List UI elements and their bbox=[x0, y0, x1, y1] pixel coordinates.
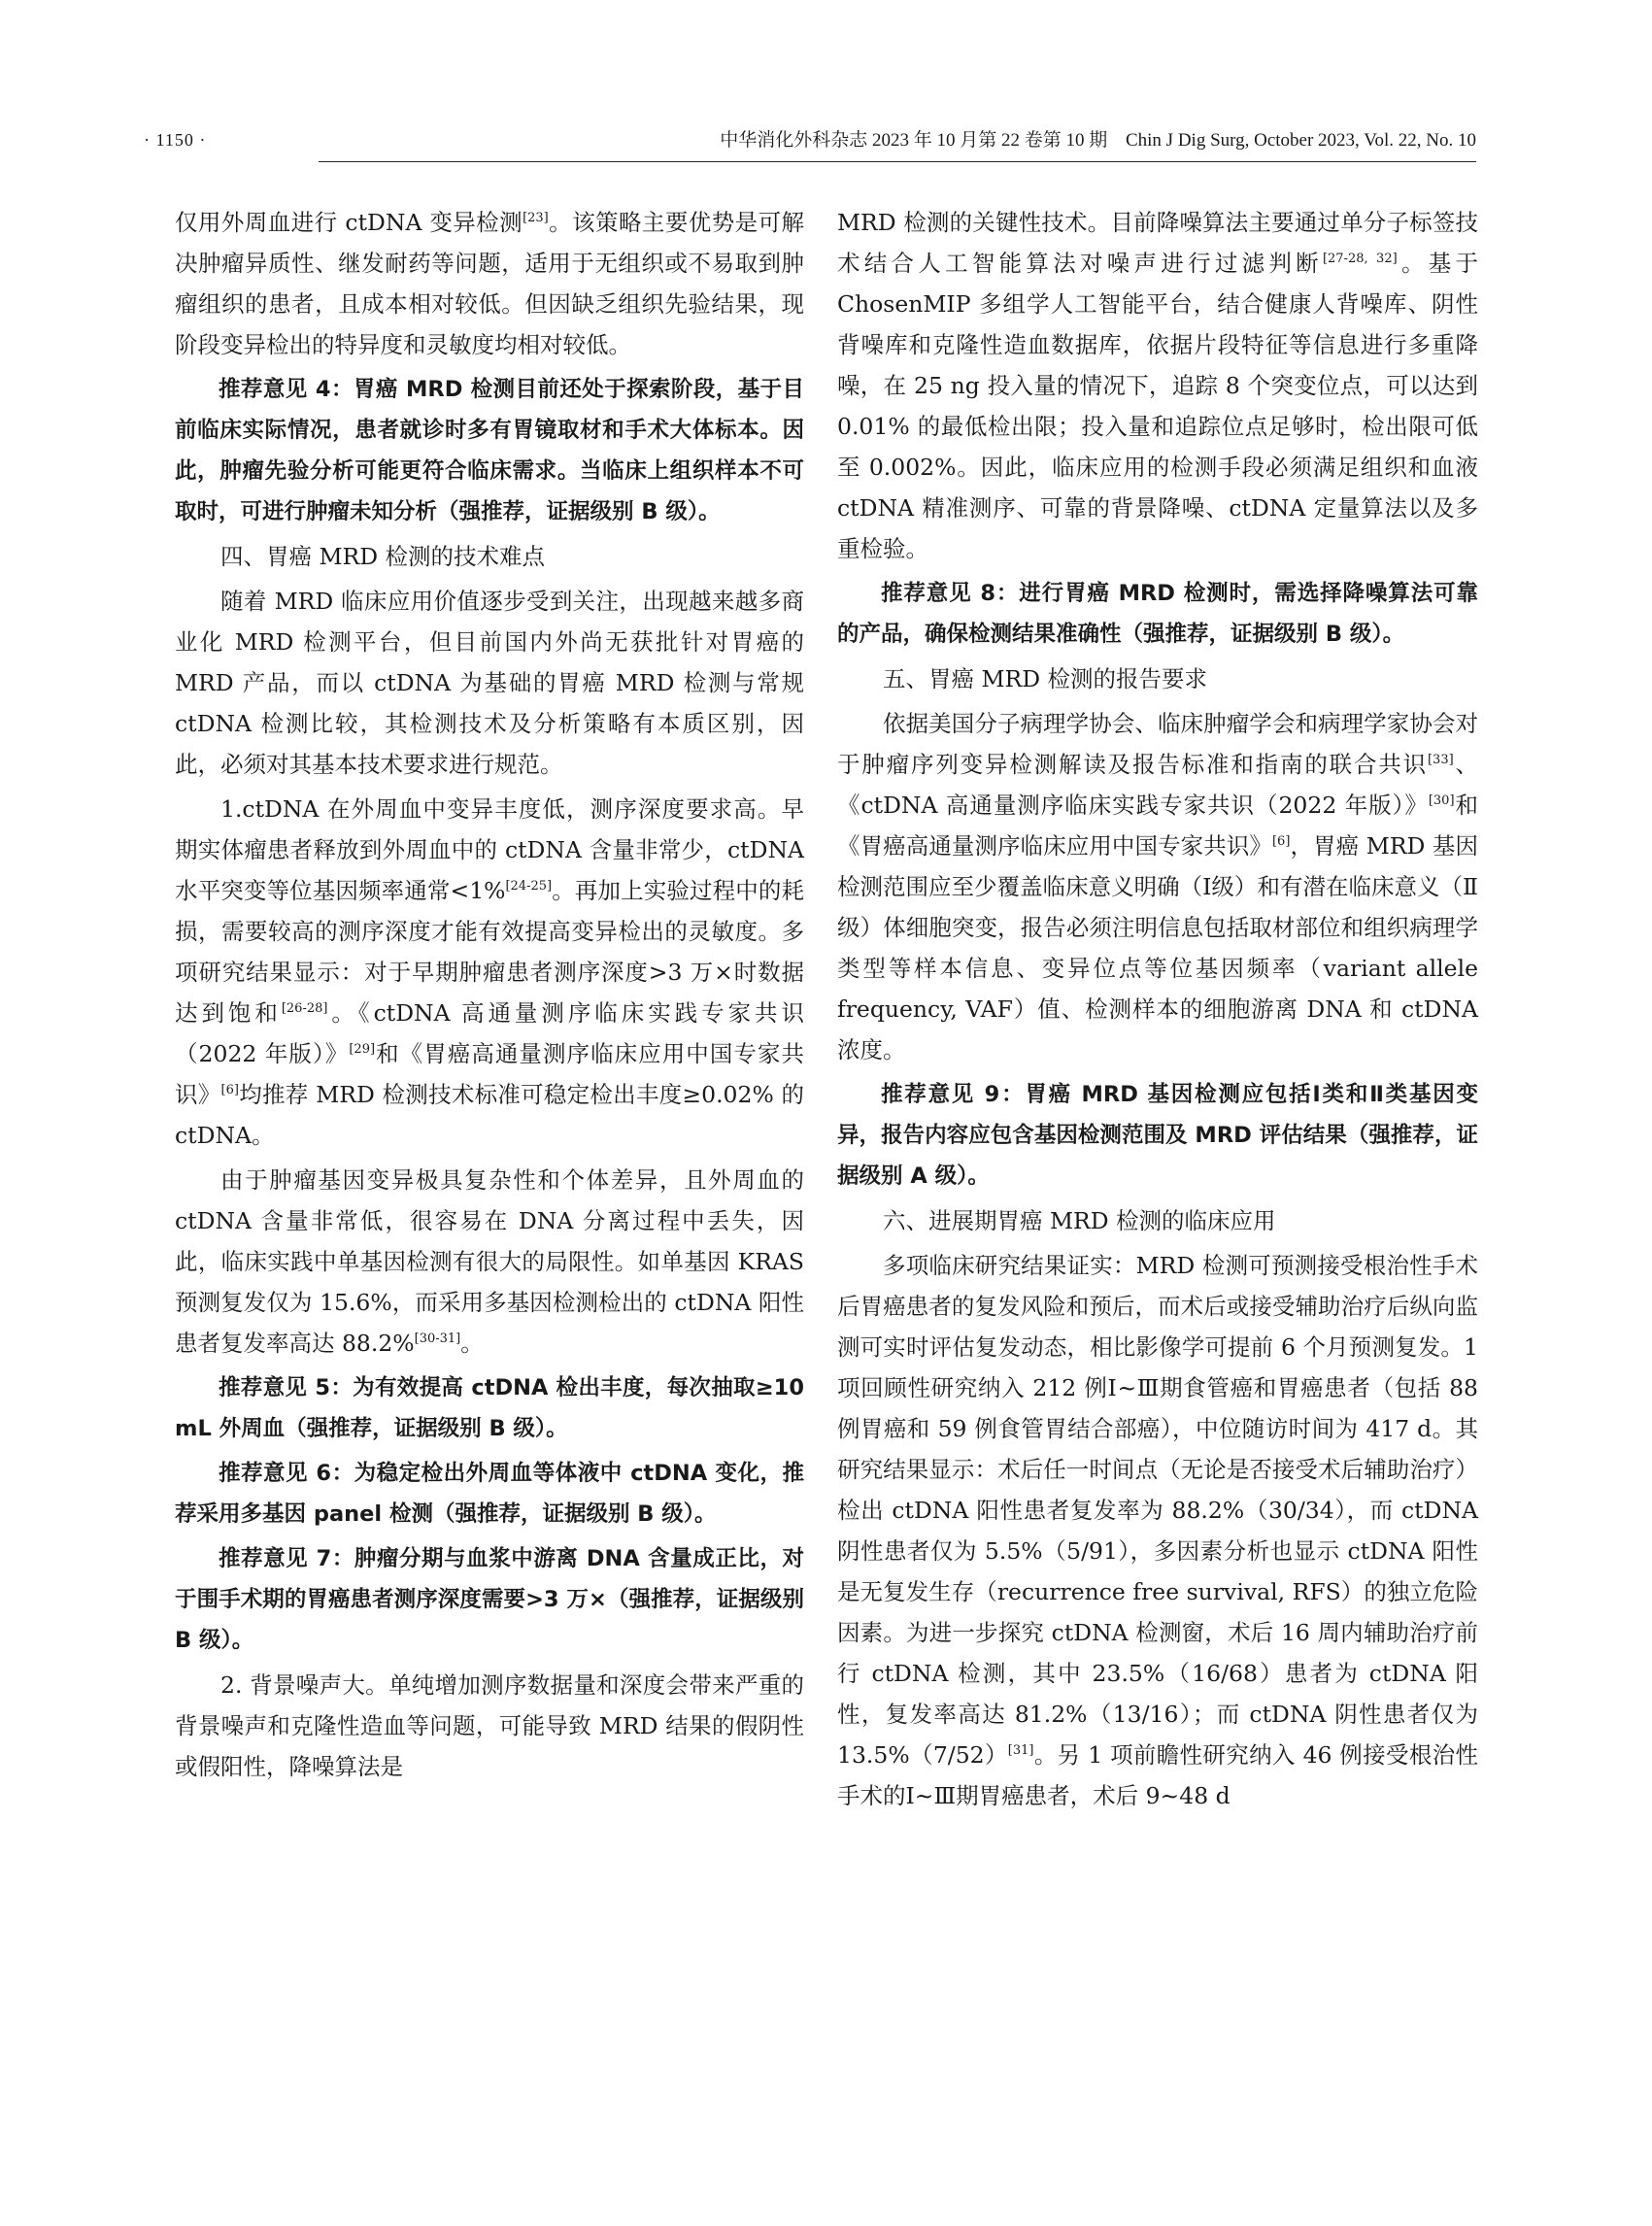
left-column: 仅用外周血进行 ctDNA 变异检测[23]。该策略主要优势是可解决肿瘤异质性、… bbox=[175, 202, 804, 1791]
text-run: 六、进展期胃癌 MRD 检测的临床应用 bbox=[883, 1207, 1276, 1234]
text-run: 四、胃癌 MRD 检测的技术难点 bbox=[220, 543, 545, 570]
body-paragraph: 由于肿瘤基因变异极具复杂性和个体差异，且外周血的 ctDNA 含量非常低，很容易… bbox=[175, 1160, 804, 1364]
citation-ref: [6] bbox=[221, 1083, 239, 1097]
text-run: 五、胃癌 MRD 检测的报告要求 bbox=[883, 665, 1207, 692]
recommendation-paragraph: 推荐意见 4：胃癌 MRD 检测目前还处于探索阶段，基于目前临床实际情况，患者就… bbox=[175, 369, 804, 532]
body-paragraph: 仅用外周血进行 ctDNA 变异检测[23]。该策略主要优势是可解决肿瘤异质性、… bbox=[175, 202, 804, 365]
text-run: 随着 MRD 临床应用价值逐步受到关注，出现越来越多商业化 MRD 检测平台，但… bbox=[175, 588, 804, 778]
citation-ref: [33] bbox=[1428, 753, 1454, 767]
text-run: 推荐意见 8：进行胃癌 MRD 检测时，需选择降噪算法可靠的产品，确保检测结果准… bbox=[837, 581, 1478, 647]
page-header: · 1150 · 中华消化外科杂志 2023 年 10 月第 22 卷第 10 … bbox=[136, 124, 1476, 163]
text-run: 。基于 ChosenMIP 多组学人工智能平台，结合健康人背噪库、阴性背噪库和克… bbox=[837, 250, 1478, 562]
citation-ref: [6] bbox=[1272, 834, 1290, 849]
text-run: 推荐意见 5：为有效提高 ctDNA 检出丰度，每次抽取≥10 mL 外周血（强… bbox=[175, 1375, 804, 1441]
body-paragraph: 依据美国分子病理学协会、临床肿瘤学会和病理学家协会对于肿瘤序列变异检测解读及报告… bbox=[837, 703, 1478, 1070]
recommendation-paragraph: 推荐意见 8：进行胃癌 MRD 检测时，需选择降噪算法可靠的产品，确保检测结果准… bbox=[837, 573, 1478, 655]
citation-ref: [31] bbox=[1008, 1743, 1034, 1758]
citation-ref: [23] bbox=[523, 211, 549, 225]
recommendation-paragraph: 推荐意见 9：胃癌 MRD 基因检测应包括Ⅰ类和Ⅱ类基因变异，报告内容应包含基因… bbox=[837, 1074, 1478, 1197]
section-heading: 五、胃癌 MRD 检测的报告要求 bbox=[837, 658, 1478, 699]
text-run: 依据美国分子病理学协会、临床肿瘤学会和病理学家协会对于肿瘤序列变异检测解读及报告… bbox=[837, 710, 1478, 778]
journal-title-en: Chin J Dig Surg, October 2023, Vol. 22, … bbox=[1126, 130, 1476, 151]
body-paragraph: MRD 检测的关键性技术。目前降噪算法主要通过单分子标签技术结合人工智能算法对噪… bbox=[837, 202, 1478, 569]
body-paragraph: 1.ctDNA 在外周血中变异丰度低，测序深度要求高。早期实体瘤患者释放到外周血… bbox=[175, 789, 804, 1156]
journal-running-head: 中华消化外科杂志 2023 年 10 月第 22 卷第 10 期 Chin J … bbox=[319, 124, 1476, 162]
text-run: 推荐意见 7：肿瘤分期与血浆中游离 DNA 含量成正比，对于围手术期的胃癌患者测… bbox=[175, 1546, 804, 1653]
text-run: 多项临床研究结果证实：MRD 检测可预测接受根治性手术后胃癌患者的复发风险和预后… bbox=[837, 1252, 1478, 1769]
section-heading: 六、进展期胃癌 MRD 检测的临床应用 bbox=[837, 1200, 1478, 1241]
citation-ref: [30-31] bbox=[415, 1332, 461, 1346]
journal-title-cn: 中华消化外科杂志 2023 年 10 月第 22 卷第 10 期 bbox=[720, 130, 1107, 151]
recommendation-paragraph: 推荐意见 5：为有效提高 ctDNA 检出丰度，每次抽取≥10 mL 外周血（强… bbox=[175, 1367, 804, 1449]
text-run: 由于肿瘤基因变异极具复杂性和个体差异，且外周血的 ctDNA 含量非常低，很容易… bbox=[175, 1166, 804, 1357]
page-number: · 1150 · bbox=[144, 130, 206, 151]
recommendation-paragraph: 推荐意见 6：为稳定检出外周血等体液中 ctDNA 变化，推荐采用多基因 pan… bbox=[175, 1453, 804, 1535]
recommendation-paragraph: 推荐意见 7：肿瘤分期与血浆中游离 DNA 含量成正比，对于围手术期的胃癌患者测… bbox=[175, 1538, 804, 1661]
text-run: 均推荐 MRD 检测技术标准可稳定检出丰度≥0.02% 的 ctDNA。 bbox=[175, 1081, 804, 1149]
citation-ref: [29] bbox=[349, 1042, 375, 1057]
text-run: 2. 背景噪声大。单纯增加测序数据量和深度会带来严重的背景噪声和克隆性造血等问题… bbox=[175, 1671, 804, 1780]
text-run: 推荐意见 6：为稳定检出外周血等体液中 ctDNA 变化，推荐采用多基因 pan… bbox=[175, 1461, 804, 1527]
body-paragraph: 多项临床研究结果证实：MRD 检测可预测接受根治性手术后胃癌患者的复发风险和预后… bbox=[837, 1245, 1478, 1816]
text-run: 仅用外周血进行 ctDNA 变异检测 bbox=[175, 209, 523, 236]
right-column: MRD 检测的关键性技术。目前降噪算法主要通过单分子标签技术结合人工智能算法对噪… bbox=[837, 202, 1478, 1820]
section-heading: 四、胃癌 MRD 检测的技术难点 bbox=[175, 536, 804, 577]
body-paragraph: 随着 MRD 临床应用价值逐步受到关注，出现越来越多商业化 MRD 检测平台，但… bbox=[175, 581, 804, 785]
text-run: MRD 检测的关键性技术。目前降噪算法主要通过单分子标签技术结合人工智能算法对噪… bbox=[837, 209, 1478, 277]
citation-ref: [26-28] bbox=[282, 1001, 328, 1016]
body-paragraph: 2. 背景噪声大。单纯增加测序数据量和深度会带来严重的背景噪声和克隆性造血等问题… bbox=[175, 1665, 804, 1787]
citation-ref: [27-28, 32] bbox=[1323, 252, 1398, 266]
text-run: 推荐意见 9：胃癌 MRD 基因检测应包括Ⅰ类和Ⅱ类基因变异，报告内容应包含基因… bbox=[837, 1082, 1478, 1189]
citation-ref: [30] bbox=[1429, 793, 1455, 808]
text-run: 。 bbox=[460, 1330, 484, 1357]
text-run: 推荐意见 4：胃癌 MRD 检测目前还处于探索阶段，基于目前临床实际情况，患者就… bbox=[175, 377, 804, 524]
text-run: ，胃癌 MRD 基因检测范围应至少覆盖临床意义明确（Ⅰ级）和有潜在临床意义（Ⅱ级… bbox=[837, 832, 1478, 1063]
citation-ref: [24-25] bbox=[505, 879, 552, 894]
